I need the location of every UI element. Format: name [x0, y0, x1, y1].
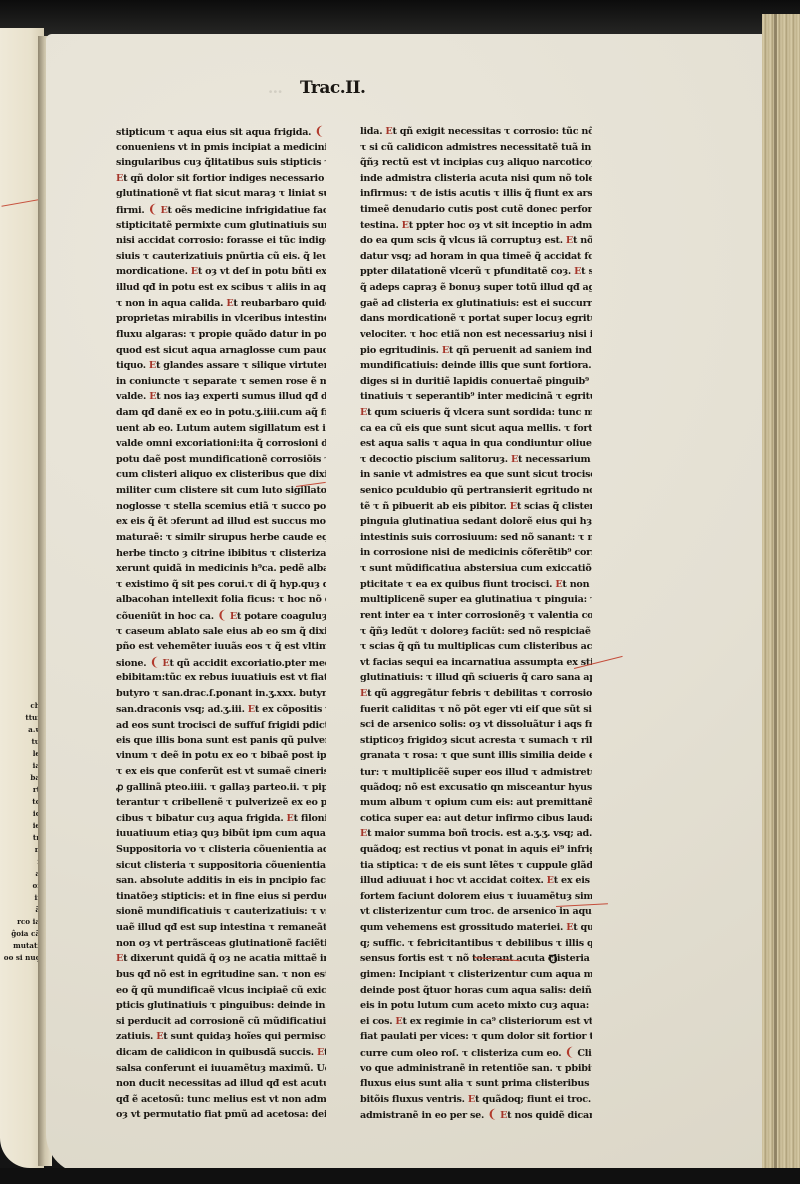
text-line: timeẽ denudario cutis post cutẽ donec pe…: [360, 202, 592, 218]
text-line: ex eis q̃ ẽt ↄferunt ad illud est succus…: [116, 514, 326, 530]
text-line: ebibitam:tũc ex rebus iuuatiuis est vt f…: [116, 670, 326, 686]
text-line: τ decoctio piscium salitoruȝ. Et necessa…: [360, 452, 592, 468]
text-line: q̃ adeps capraȝ ẽ bonuȝ super totũ illud…: [360, 280, 592, 296]
left-page-fragment: tu: [0, 736, 40, 747]
left-page-fragment: tr: [0, 832, 40, 843]
text-line: terantur τ cribellenẽ τ pulverizeẽ ex eo…: [116, 795, 326, 811]
left-page-fragment: i: [0, 856, 40, 867]
rubricated-initial: E: [511, 454, 518, 465]
text-line: pño est vehemẽter iuuãs eos τ q̃ est vlt…: [116, 639, 326, 655]
text-line: multiplicenẽ super ea glutinatiua τ ping…: [360, 592, 592, 608]
text-line: eis in potu lutum cum aceto mixto cuȝ aq…: [360, 998, 592, 1014]
text-line: siuis τ cauterizatiuis pnũrtia cũ eis. q…: [116, 249, 326, 265]
text-line: illud qđ in potu est ex scibus τ aliis i…: [116, 280, 326, 296]
rubricated-initial: E: [248, 704, 255, 715]
rubricated-initial: E: [287, 813, 294, 824]
text-line: fluxu algaras: τ propie quãdo datur in p…: [116, 327, 326, 343]
text-line: san. absolute additis in eis in pncipio …: [116, 873, 326, 889]
text-line: sci de arsenico solis: oȝ vt dissoluãtur…: [360, 717, 592, 733]
text-line: in coniuncte τ separate τ semen rose ẽ m…: [116, 374, 326, 390]
text-line: vt facias sequi ea incarnatiua assumpta …: [360, 655, 592, 671]
text-line: inde admistra clisteria acuta nisi qum n…: [360, 171, 592, 187]
text-line: dicam de calidicon in quibusdã succis. E…: [116, 1045, 326, 1061]
text-line: quãdoq; est rectius vt ponat in aquis ei…: [360, 842, 592, 858]
text-line: Et qñ dolor sit fortior indiges necessar…: [116, 171, 326, 187]
text-line: fuerit caliditas τ nõ põt eger vti eiſ q…: [360, 702, 592, 718]
text-line: testina. Et ppter hoc oȝ vt sit inceptio…: [360, 218, 592, 234]
text-line: pio egritudinis. Et qñ peruenit ad sanie…: [360, 343, 592, 359]
text-line: militer cum clistere sit cum luto sigill…: [116, 483, 326, 499]
text-line: diges si in duritiẽ lapidis conuertaẽ pi…: [360, 374, 592, 390]
text-line: glutinationẽ vt fiat sicut maraȝ τ linia…: [116, 186, 326, 202]
text-line: Et dixerunt quidã q̃ oȝ ne acatia mittaẽ…: [116, 951, 326, 967]
rubricated-initial: E: [442, 345, 449, 356]
text-line: deinde post q̃tuor horas cum aqua salis:…: [360, 983, 592, 999]
text-line: velociter. τ hoc etiã non est necessariu…: [360, 327, 592, 343]
text-column-right: lida. Et qñ exigit necessitas τ corrosio…: [360, 124, 592, 1123]
text-line: san.draconis vsq; ad.ʒ.iii. Et ex cõposi…: [116, 702, 326, 718]
rubric-paragraph-mark: ❨: [314, 124, 324, 138]
text-line: tiquo. Et glandes assare τ silique virtu…: [116, 358, 326, 374]
left-page-fragment: ttui: [0, 712, 40, 723]
left-page-fragment: rco ia: [0, 916, 40, 927]
text-line: q̃ñȝ rectũ est vt incipias cuȝ aliquo na…: [360, 155, 592, 171]
rubricated-initial: E: [566, 235, 573, 246]
text-line: non ducit necessitas ad illud qđ est acu…: [116, 1076, 326, 1092]
text-line: butyro τ san.drac.ſ.ponant in.ʒ.xxx. but…: [116, 686, 326, 702]
text-line: Suppositoria vo τ clisteria cõuenientia …: [116, 842, 326, 858]
text-line: quod est sicut aqua arnaglosse cum pauco…: [116, 343, 326, 359]
text-line: conueniens vt in pmis incipiat a medicin…: [116, 140, 326, 156]
text-line: datur vsq; ad horam in qua timeẽ q̃ acci…: [360, 249, 592, 265]
text-line: cum clisteri aliquo ex clisteribus que d…: [116, 467, 326, 483]
rubricated-initial: E: [385, 126, 392, 137]
signature-mark: Ꝺ: [549, 952, 563, 964]
rubricated-initial: E: [360, 688, 367, 699]
text-line: dans mordicationẽ τ portat super locuȝ e…: [360, 311, 592, 327]
text-line: in sanie vt admistres ea que sunt sicut …: [360, 467, 592, 483]
rubricated-initial: E: [116, 953, 123, 964]
show-through-text: ...: [268, 79, 282, 97]
text-line: curre cum oleo roſ. τ clisteriza cum eo.…: [360, 1045, 592, 1061]
text-line: quãdoq; nõ est excusatio qn misceantur h…: [360, 780, 592, 796]
text-line: fortem faciunt dolorem eius τ iuuamẽtuȝ …: [360, 889, 592, 905]
text-line: sionẽ mundificatiuis τ cauterizatiuis: τ…: [116, 904, 326, 920]
text-line: si perducit ad corrosionẽ cũ mũdificatiu…: [116, 1014, 326, 1030]
rubric-paragraph-mark: ❨: [487, 1107, 497, 1121]
text-line: potu daẽ post mundificationẽ corrosiõis …: [116, 452, 326, 468]
left-page-fragment: ba: [0, 772, 40, 783]
text-line: ei cos. Et ex regimie in ca⁹ clisterioru…: [360, 1014, 592, 1030]
text-line: proprietas mirabilis in vlceribus intest…: [116, 311, 326, 327]
text-line: mum album τ opium cum eis: aut premittan…: [360, 795, 592, 811]
text-line: mordicatione. Et oȝ vt deſ in potu bñti …: [116, 264, 326, 280]
text-line: τ si cũ calidicon admistres necessitatẽ …: [360, 140, 592, 156]
text-line: mundificatiuis: deinde illis que sunt fo…: [360, 358, 592, 374]
text-line: pticis glutinatiuis τ pinguibus: deinde …: [116, 998, 326, 1014]
text-line: infirmus: τ de istis acutis τ illis q̃ f…: [360, 186, 592, 202]
text-line: dam qđ danẽ ex eo in potu.ʒ.iiii.cum aq̃…: [116, 405, 326, 421]
left-page-fragment: ch: [0, 700, 40, 711]
text-line: noglosse τ stella scemius etiã τ succo p…: [116, 499, 326, 515]
text-line: τ ex eis que conferũt est vt sumaẽ ciner…: [116, 764, 326, 780]
text-line: vo que administranẽ in retentiõe san. τ …: [360, 1061, 592, 1077]
text-line: firmi. ❨ Et oẽs medicine infrigidatiue f…: [116, 202, 326, 218]
left-page-fragment: ia: [0, 760, 40, 771]
rubricated-initial: E: [160, 205, 167, 216]
rubricated-initial: E: [402, 220, 409, 231]
text-line: tinatõeȝ stipticis: et in fine eius si p…: [116, 889, 326, 905]
text-line: pticitate τ ea ex quibus fiunt trocisci.…: [360, 577, 592, 593]
text-line: bitõis fluxus ventris. Et quãdoq; fiunt …: [360, 1092, 592, 1108]
text-line: nisi accidat corrosio: forasse ei tũc in…: [116, 233, 326, 249]
text-line: iuuatiuum etiaȝ ꝗuȝ bibũt ipm cum aqua f…: [116, 826, 326, 842]
text-line: albacohan intellexit folia ficus: τ hoc …: [116, 592, 326, 608]
text-line: stipticum τ aqua eius sit aqua frigida. …: [116, 124, 326, 140]
text-line: ꝓ gallinã pteo.iiii. τ gallaȝ parteo.ii.…: [116, 780, 326, 796]
text-line: maturaẽ: τ similr sirupus herbe caude eq…: [116, 530, 326, 546]
rubricated-initial: E: [555, 579, 562, 590]
text-line: illud adiuuat i hoc vt accidat coitex. E…: [360, 873, 592, 889]
rubricated-initial: E: [191, 266, 198, 277]
text-block-page-edges: [762, 14, 800, 1184]
rubricated-initial: E: [149, 360, 156, 371]
text-line: singularibus cuȝ q̃litatibus suis stipti…: [116, 155, 326, 171]
text-line: do ea qum scis q̃ vlcus iã corruptuȝ est…: [360, 233, 592, 249]
text-line: stipticitatẽ permixte cum glutinatiuis s…: [116, 218, 326, 234]
text-column-left: stipticum τ aqua eius sit aqua frigida. …: [116, 124, 326, 1123]
text-line: τ scias q̃ qñ tu multiplicas cum clister…: [360, 639, 592, 655]
text-line: zatiuis. Et sunt quidaȝ hoĩes qui permis…: [116, 1029, 326, 1045]
text-line: gaẽ ad clisteria ex glutinatiuis: est ei…: [360, 296, 592, 312]
text-line: herbe tincto ȝ citrine ibibitus τ cliste…: [116, 545, 326, 561]
text-line: cibus τ bibatur cuȝ aqua frigida. Et fil…: [116, 811, 326, 827]
left-page-fragment: le: [0, 748, 40, 759]
text-line: vinum τ deẽ in potu ex eo τ bibaẽ post i…: [116, 748, 326, 764]
dark-background-bottom: [0, 1168, 800, 1184]
text-line: fiat paulati per vices: τ qum dolor sit …: [360, 1029, 592, 1045]
text-line: xerunt quidã in medicinis h⁹ca. pedẽ alb…: [116, 561, 326, 577]
text-line: eis que illis bona sunt est panis qũ pul…: [116, 733, 326, 749]
rubricated-initial: E: [547, 875, 554, 886]
text-line: Et qũ aggregãtur febris τ debilitas τ co…: [360, 686, 592, 702]
left-page-fragment: n: [0, 844, 40, 855]
text-line: tia stiptica: τ de eis sunt lẽtes τ cupp…: [360, 858, 592, 874]
text-line: tinatiuis τ seperantib⁹ inter medicinã τ…: [360, 389, 592, 405]
rubricated-initial: E: [226, 298, 233, 309]
rubricated-initial: E: [149, 391, 156, 402]
text-line: ppter dilatationẽ vlcerũ τ pfunditatẽ co…: [360, 264, 592, 280]
rubricated-initial: E: [162, 658, 169, 669]
text-line: salsa conferunt ei iuuamẽtuȝ maximũ. Uer…: [116, 1061, 326, 1077]
text-line: rent inter ea τ inter corrosionẽȝ τ vale…: [360, 608, 592, 624]
text-line: eo q̃ qũ mundificaẽ vlcus incipiaẽ cũ ex…: [116, 983, 326, 999]
rubricated-initial: E: [317, 1047, 324, 1058]
rubricated-initial: E: [468, 1094, 475, 1105]
text-line: q; suffic. τ febricitantibus τ debilibus…: [360, 936, 592, 952]
text-line: Et maior summa boñ trocis. est a.ʒ.ʒ. vs…: [360, 826, 592, 842]
left-page-fragment: tc: [0, 796, 40, 807]
left-page-fragment: ĝoia cã: [0, 928, 40, 939]
text-line: τ q̃ñȝ ledũt τ doloreȝ faciũt: sed nõ re…: [360, 624, 592, 640]
text-line: τ non in aqua calida. Et reubarbaro quid…: [116, 296, 326, 312]
rubricated-initial: E: [510, 501, 517, 512]
text-line: cotica super ea: aut detur infirmo cibus…: [360, 811, 592, 827]
text-line: admistranẽ in eo per se. ❨ Et nos quidẽ …: [360, 1107, 592, 1123]
text-line: oȝ vt permutatio fiat pmũ ad acetosa: de…: [116, 1107, 326, 1123]
text-line: gimen: Incipiant τ clisterizentur cum aq…: [360, 967, 592, 983]
text-line: tẽ τ ñ pibuerit ab eis pibitor. Et scias…: [360, 499, 592, 515]
text-line: τ existimo q̃ sit pes corui.τ di q̃ hyp.…: [116, 577, 326, 593]
rubricated-initial: E: [500, 1110, 507, 1121]
running-head-title: Trac.II.: [300, 78, 365, 98]
left-page-fragment: oi: [0, 880, 40, 891]
text-line: glutinatiuis: τ illud qñ sciueris q̃ car…: [360, 670, 592, 686]
text-line: senico pculdubio qũ pertransierit egritu…: [360, 483, 592, 499]
text-line: Et qum sciueris q̃ vlcera sunt sordida: …: [360, 405, 592, 421]
text-line: cõueniũt in hoc ca. ❨ Et potare coaguluȝ…: [116, 608, 326, 624]
rubric-paragraph-mark: ❨: [564, 1045, 574, 1059]
text-line: fluxus eius sunt alia τ sunt prima clist…: [360, 1076, 592, 1092]
rubricated-initial: E: [566, 922, 573, 933]
text-line: pinguia glutinatiua sedant dolorẽ eius q…: [360, 514, 592, 530]
rubric-paragraph-mark: ❨: [217, 608, 227, 622]
left-page-fragment: mutati: [0, 940, 40, 951]
text-line: ad eos sunt trocisci de suffuſ frigidi p…: [116, 717, 326, 733]
rubricated-initial: E: [360, 828, 367, 839]
text-line: stipticoȝ frigidoȝ sicut acresta τ sumac…: [360, 733, 592, 749]
text-line: qđ ẽ acetosũ: tunc melius est vt non adm…: [116, 1092, 326, 1108]
text-line: non oȝ vt pertrãsceas glutinationẽ faciẽ…: [116, 936, 326, 952]
text-line: tur: τ multiplicẽẽ super eos illud τ adm…: [360, 764, 592, 780]
text-line: ca ea cũ eis que sunt sicut aqua mellis.…: [360, 421, 592, 437]
text-line: uaẽ illud qđ est sup intestina τ remaneã…: [116, 920, 326, 936]
running-head: ... Trac.II.: [300, 78, 365, 98]
rubricated-initial: E: [116, 173, 123, 184]
rubricated-initial: E: [395, 1016, 402, 1027]
text-line: τ sunt mũdificatiua abstersiua cum exicc…: [360, 561, 592, 577]
text-line: sicut clisteria τ suppositoria cõuenient…: [116, 858, 326, 874]
text-line: granata τ rosa: τ que sunt illis similia…: [360, 748, 592, 764]
left-page-fragment: ic: [0, 808, 40, 819]
left-page-fragment: a: [0, 868, 40, 879]
left-page-fragment: ã: [0, 904, 40, 915]
text-line: bus qđ nõ est in egritudine san. τ non e…: [116, 967, 326, 983]
left-page-fragment: a.ɐ: [0, 724, 40, 735]
text-line: intestinis suis corrosiuum: sed nõ sanan…: [360, 530, 592, 546]
text-line: in corrosione nisi de medicinis cõferẽti…: [360, 545, 592, 561]
text-line: valde. Et nos iaȝ experti sumus illud qđ…: [116, 389, 326, 405]
text-line: est aqua salis τ aqua in qua condiuntur …: [360, 436, 592, 452]
left-page-fragment: rt: [0, 784, 40, 795]
rubric-paragraph-mark: ❨: [149, 655, 159, 669]
rubricated-initial: E: [360, 407, 367, 418]
rubricated-initial: E: [230, 611, 237, 622]
left-page-fragment: ie: [0, 820, 40, 831]
text-line: τ caseum ablato sale eius ab eo sm q̃ di…: [116, 624, 326, 640]
rubricated-initial: E: [574, 266, 581, 277]
left-page-fragment: ii: [0, 892, 40, 903]
text-line: lida. Et qñ exigit necessitas τ corrosio…: [360, 124, 592, 140]
text-line: uent ab eo. Lutum autem sigillatum est i…: [116, 421, 326, 437]
text-line: qum vehemens est grossitudo materiei. Et…: [360, 920, 592, 936]
left-page-fragment: oo si nuç: [0, 952, 40, 963]
text-line: sione. ❨ Et qũ accidit excoriatio.pter m…: [116, 655, 326, 671]
rubricated-initial: E: [156, 1031, 163, 1042]
rubric-paragraph-mark: ❨: [148, 202, 158, 216]
text-line: valde omni excoriationi:ita q̃ corrosion…: [116, 436, 326, 452]
